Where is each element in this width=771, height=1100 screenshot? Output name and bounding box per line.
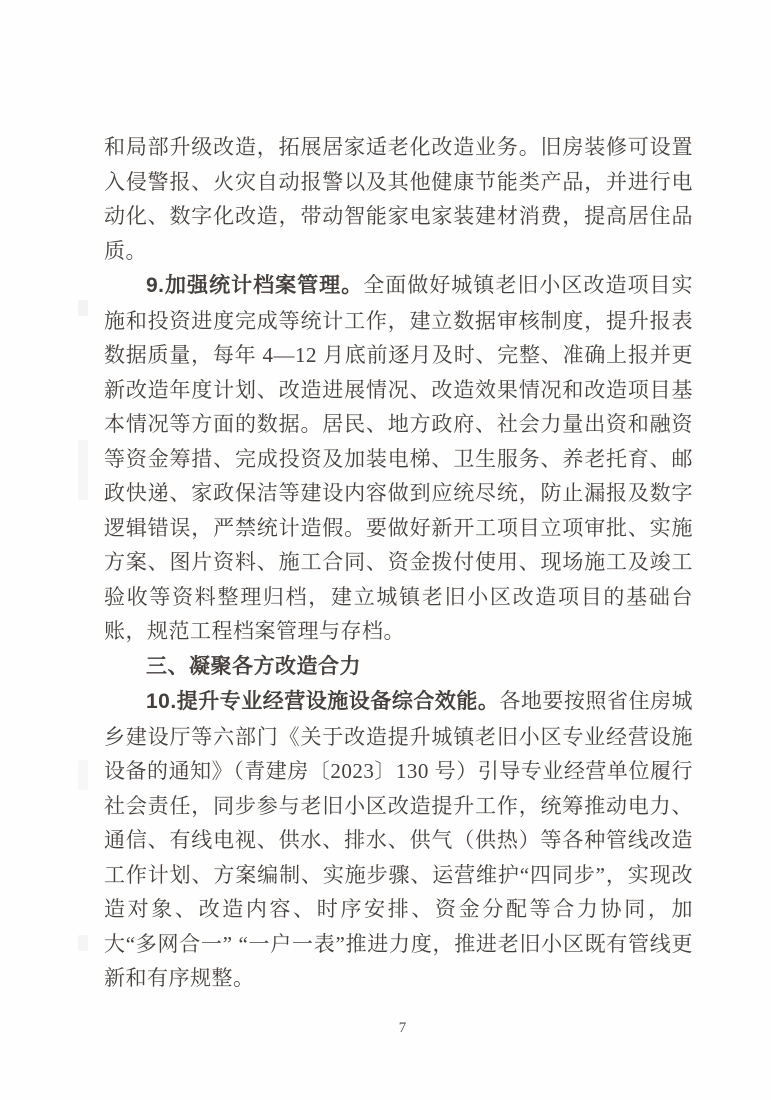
scanned-document-page: 和局部升级改造，拓展居家适老化改造业务。旧房装修可设置入侵警报、火灾自动报警以及… [0, 0, 771, 1100]
paragraph: 和局部升级改造，拓展居家适老化改造业务。旧房装修可设置入侵警报、火灾自动报警以及… [104, 130, 693, 268]
paragraph-lead: 三、凝聚各方改造合力 [146, 655, 361, 678]
scan-smudge [78, 760, 88, 790]
paragraph: 9.加强统计档案管理。全面做好城镇老旧小区改造项目实施和投资进度完成等统计工作，… [104, 268, 693, 649]
section-heading: 三、凝聚各方改造合力 [104, 649, 693, 685]
scan-smudge [78, 440, 88, 500]
scan-smudge [78, 300, 88, 316]
scan-smudge [78, 935, 88, 951]
paragraph: 10.提升专业经营设施设备综合效能。各地要按照省住房城乡建设厅等六部门《关于改造… [104, 684, 693, 996]
paragraph-lead: 9.加强统计档案管理。 [146, 274, 363, 297]
document-body: 和局部升级改造，拓展居家适老化改造业务。旧房装修可设置入侵警报、火灾自动报警以及… [104, 130, 693, 996]
page-number: 7 [0, 1020, 771, 1037]
paragraph-lead: 10.提升专业经营设施设备综合效能。 [146, 690, 499, 713]
